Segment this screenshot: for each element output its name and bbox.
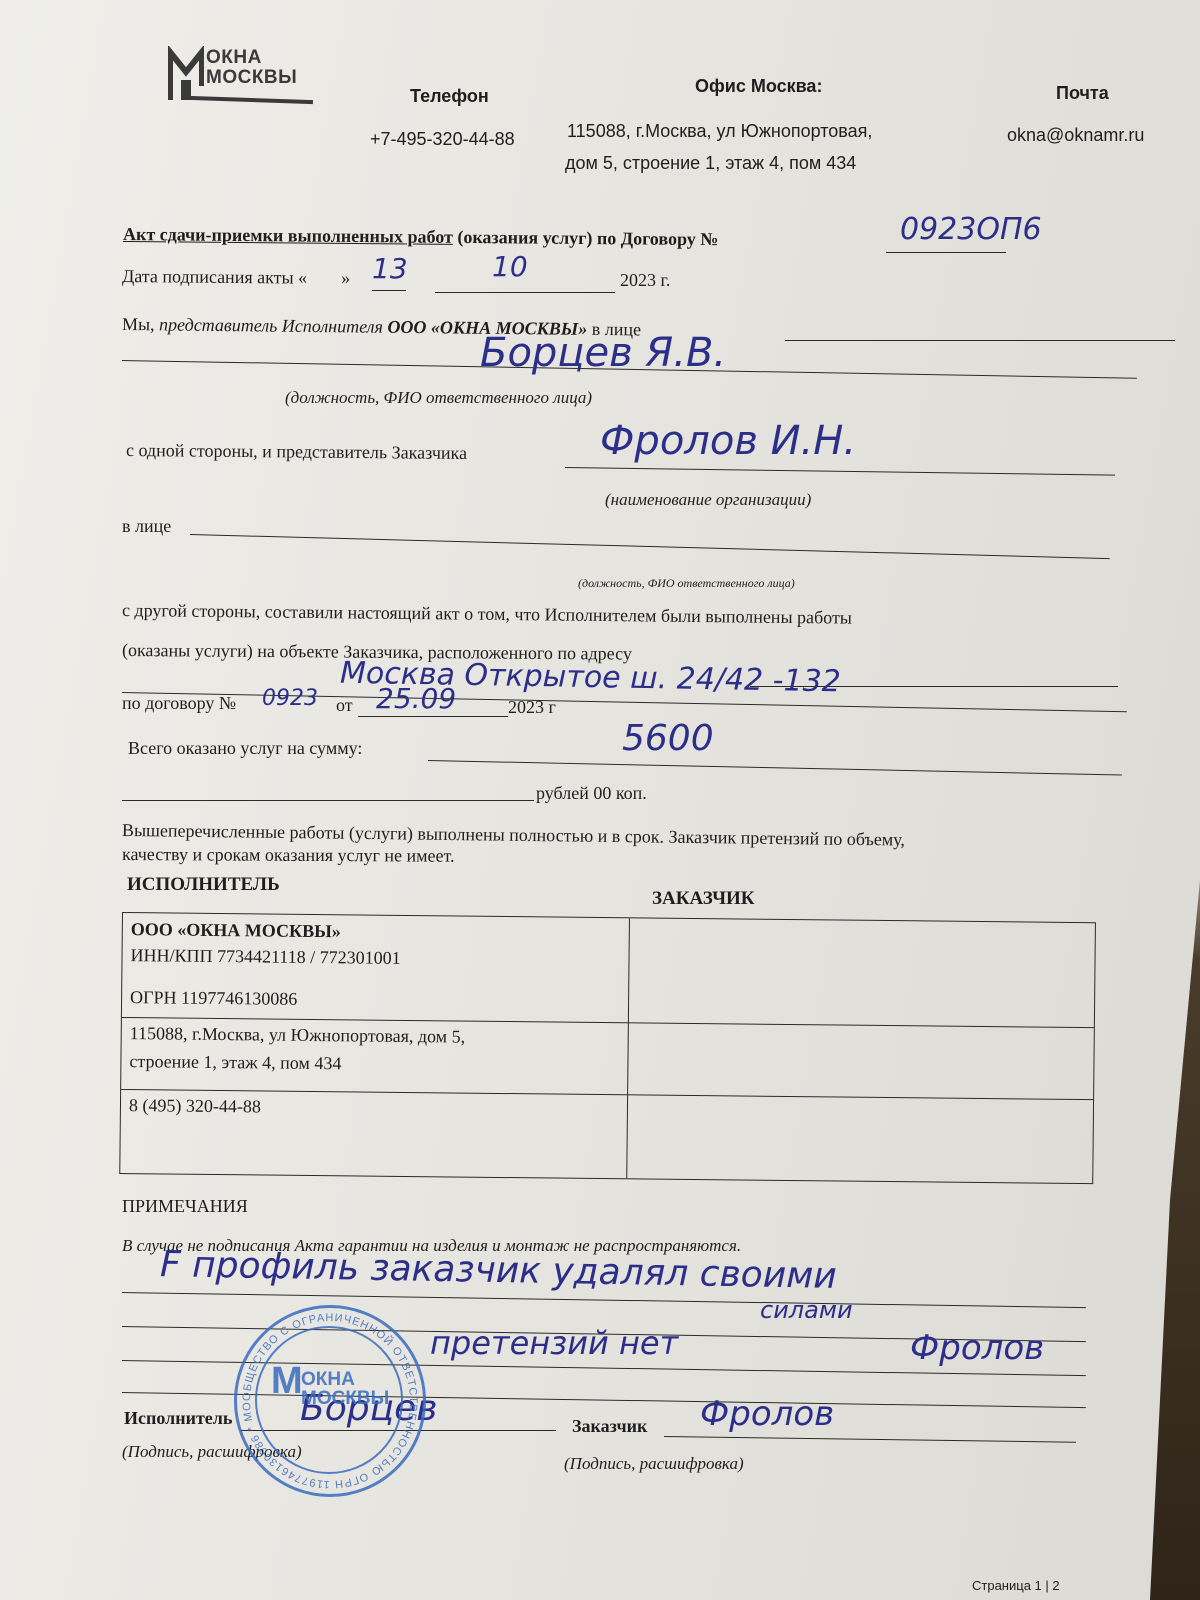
contract-number-line xyxy=(886,252,1006,253)
customer-name-line xyxy=(565,467,1115,476)
customer-heading: ЗАКАЗЧИК xyxy=(652,888,755,910)
stamp-m-icon: M xyxy=(271,1372,303,1391)
parties-table: ООО «ОКНА МОСКВЫ» ИНН/КПП 7734421118 / 7… xyxy=(119,912,1096,1184)
office-address-line-1: 115088, г.Москва, ул Южнопортовая, xyxy=(567,118,872,144)
contract-ref-label: по договору № xyxy=(122,693,236,714)
customer-signature-caption: (Подпись, расшифровка) xyxy=(564,1454,744,1474)
office-address-line-2: дом 5, строение 1, этаж 4, пом 434 xyxy=(565,150,856,176)
date-label: Дата подписания акты «» xyxy=(122,266,350,289)
notes-handwritten-line-2[interactable]: силами xyxy=(760,1296,853,1324)
executor-person-value[interactable]: Борцев Я.В. xyxy=(480,330,726,376)
notes-heading: ПРИМЕЧАНИЯ xyxy=(122,1196,248,1217)
executor-person-line-1 xyxy=(785,340,1175,341)
logo-line-2: МОСКВЫ xyxy=(206,68,297,88)
notes-handwritten-signature[interactable]: Фролов xyxy=(910,1328,1044,1368)
act-title-main: Акт сдачи-приемки выполненных работ xyxy=(123,224,453,247)
executor-heading: ИСПОЛНИТЕЛЬ xyxy=(127,874,280,896)
date-day-line xyxy=(372,290,406,291)
total-label: Всего оказано услуг на сумму: xyxy=(128,738,362,759)
phone-value: +7-495-320-44-88 xyxy=(370,126,515,152)
contract-ref-date[interactable]: 25.09 xyxy=(376,682,456,715)
office-label: Офис Москва: xyxy=(695,76,822,97)
contract-ref-date-line xyxy=(358,716,508,717)
logo-text: ОКНА МОСКВЫ xyxy=(206,48,297,88)
customer-person-line xyxy=(190,534,1110,559)
customer-phone-cell[interactable] xyxy=(632,1098,1083,1179)
contract-ref-number[interactable]: 0923 xyxy=(262,686,318,711)
executor-signature-label: Исполнитель xyxy=(124,1408,232,1429)
executor-company-name: ООО «ОКНА МОСКВЫ» xyxy=(131,917,341,943)
logo-line-1: ОКНА xyxy=(206,48,297,68)
date-year: 2023 г. xyxy=(620,270,670,291)
stamp-logo-line-1: ОКНА xyxy=(301,1370,389,1389)
date-month-value[interactable]: 10 xyxy=(492,250,528,283)
contract-ref-from: от xyxy=(336,695,353,716)
rubles-label: рублей 00 коп. xyxy=(536,783,647,804)
customer-address-cell[interactable] xyxy=(633,1026,1084,1095)
customer-details-cell[interactable] xyxy=(634,922,1085,1023)
stamp-logo-line-2: МОСКВЫ xyxy=(301,1389,389,1408)
total-words-line xyxy=(122,800,534,801)
table-divider-vertical xyxy=(626,918,630,1178)
date-label-text: Дата подписания акты « xyxy=(122,266,307,288)
executor-phone: 8 (495) 320-44-88 xyxy=(129,1093,261,1118)
total-value[interactable]: 5600 xyxy=(622,718,714,759)
document-page: ОКНА МОСКВЫ Телефон +7-495-320-44-88 Офи… xyxy=(0,0,1200,1600)
page-number: Страница 1 | 2 xyxy=(972,1578,1060,1593)
other-side-line-1: с другой стороны, составили настоящий ак… xyxy=(122,600,852,629)
completion-line-2: качеству и срокам оказания услуг не имее… xyxy=(122,844,455,867)
customer-org-caption: (наименование организации) xyxy=(605,490,811,510)
logo-m-icon xyxy=(168,46,204,100)
date-day-value[interactable]: 13 xyxy=(372,252,408,285)
we-prefix: Мы, xyxy=(122,314,155,334)
act-title-rest: (оказания услуг) по Договору № xyxy=(457,227,718,249)
executor-inn-kpp: ИНН/КПП 7734421118 / 772301001 xyxy=(130,943,400,970)
date-close-quote: » xyxy=(341,268,350,288)
executor-ogrn: ОГРН 1197746130086 xyxy=(130,985,297,1011)
date-month-line xyxy=(435,292,615,293)
stamp-logo: ОКНА МОСКВЫ M xyxy=(267,1370,389,1408)
executor-address-line-2: строение 1, этаж 4, пом 434 xyxy=(129,1049,341,1075)
notes-line-1 xyxy=(122,1292,1086,1308)
executor-address-line-1: 115088, г.Москва, ул Южнопортовая, дом 5… xyxy=(130,1021,466,1049)
customer-name-value[interactable]: Фролов И.Н. xyxy=(600,418,856,464)
customer-intro: с одной стороны, и представитель Заказчи… xyxy=(126,440,467,464)
contract-number-value[interactable]: 0923OП6 xyxy=(900,212,1042,247)
phone-label: Телефон xyxy=(410,86,489,107)
customer-signature-label: Заказчик xyxy=(572,1416,647,1437)
notes-handwritten-line-3[interactable]: претензий нет xyxy=(430,1324,678,1362)
total-line xyxy=(428,760,1122,776)
company-logo: ОКНА МОСКВЫ xyxy=(168,46,313,106)
customer-person-caption: (должность, ФИО ответственного лица) xyxy=(578,576,795,591)
company-stamp: ОБЩЕСТВО С ОГРАНИЧЕННОЙ ОТВЕТСТВЕННОСТЬЮ… xyxy=(234,1305,426,1497)
customer-signature-line xyxy=(664,1436,1076,1443)
we-italic: представитель Исполнителя xyxy=(159,314,383,336)
executor-person-caption: (должность, ФИО ответственного лица) xyxy=(285,388,592,408)
email-label: Почта xyxy=(1056,83,1109,104)
email-value: okna@oknamr.ru xyxy=(1007,122,1144,148)
act-title: Акт сдачи-приемки выполненных работ (ока… xyxy=(123,224,719,250)
customer-in-person-label: в лице xyxy=(122,516,171,537)
logo-underline xyxy=(188,96,313,104)
customer-signature[interactable]: Фролов xyxy=(700,1394,834,1434)
contract-ref-year: 2023 г xyxy=(508,697,556,718)
